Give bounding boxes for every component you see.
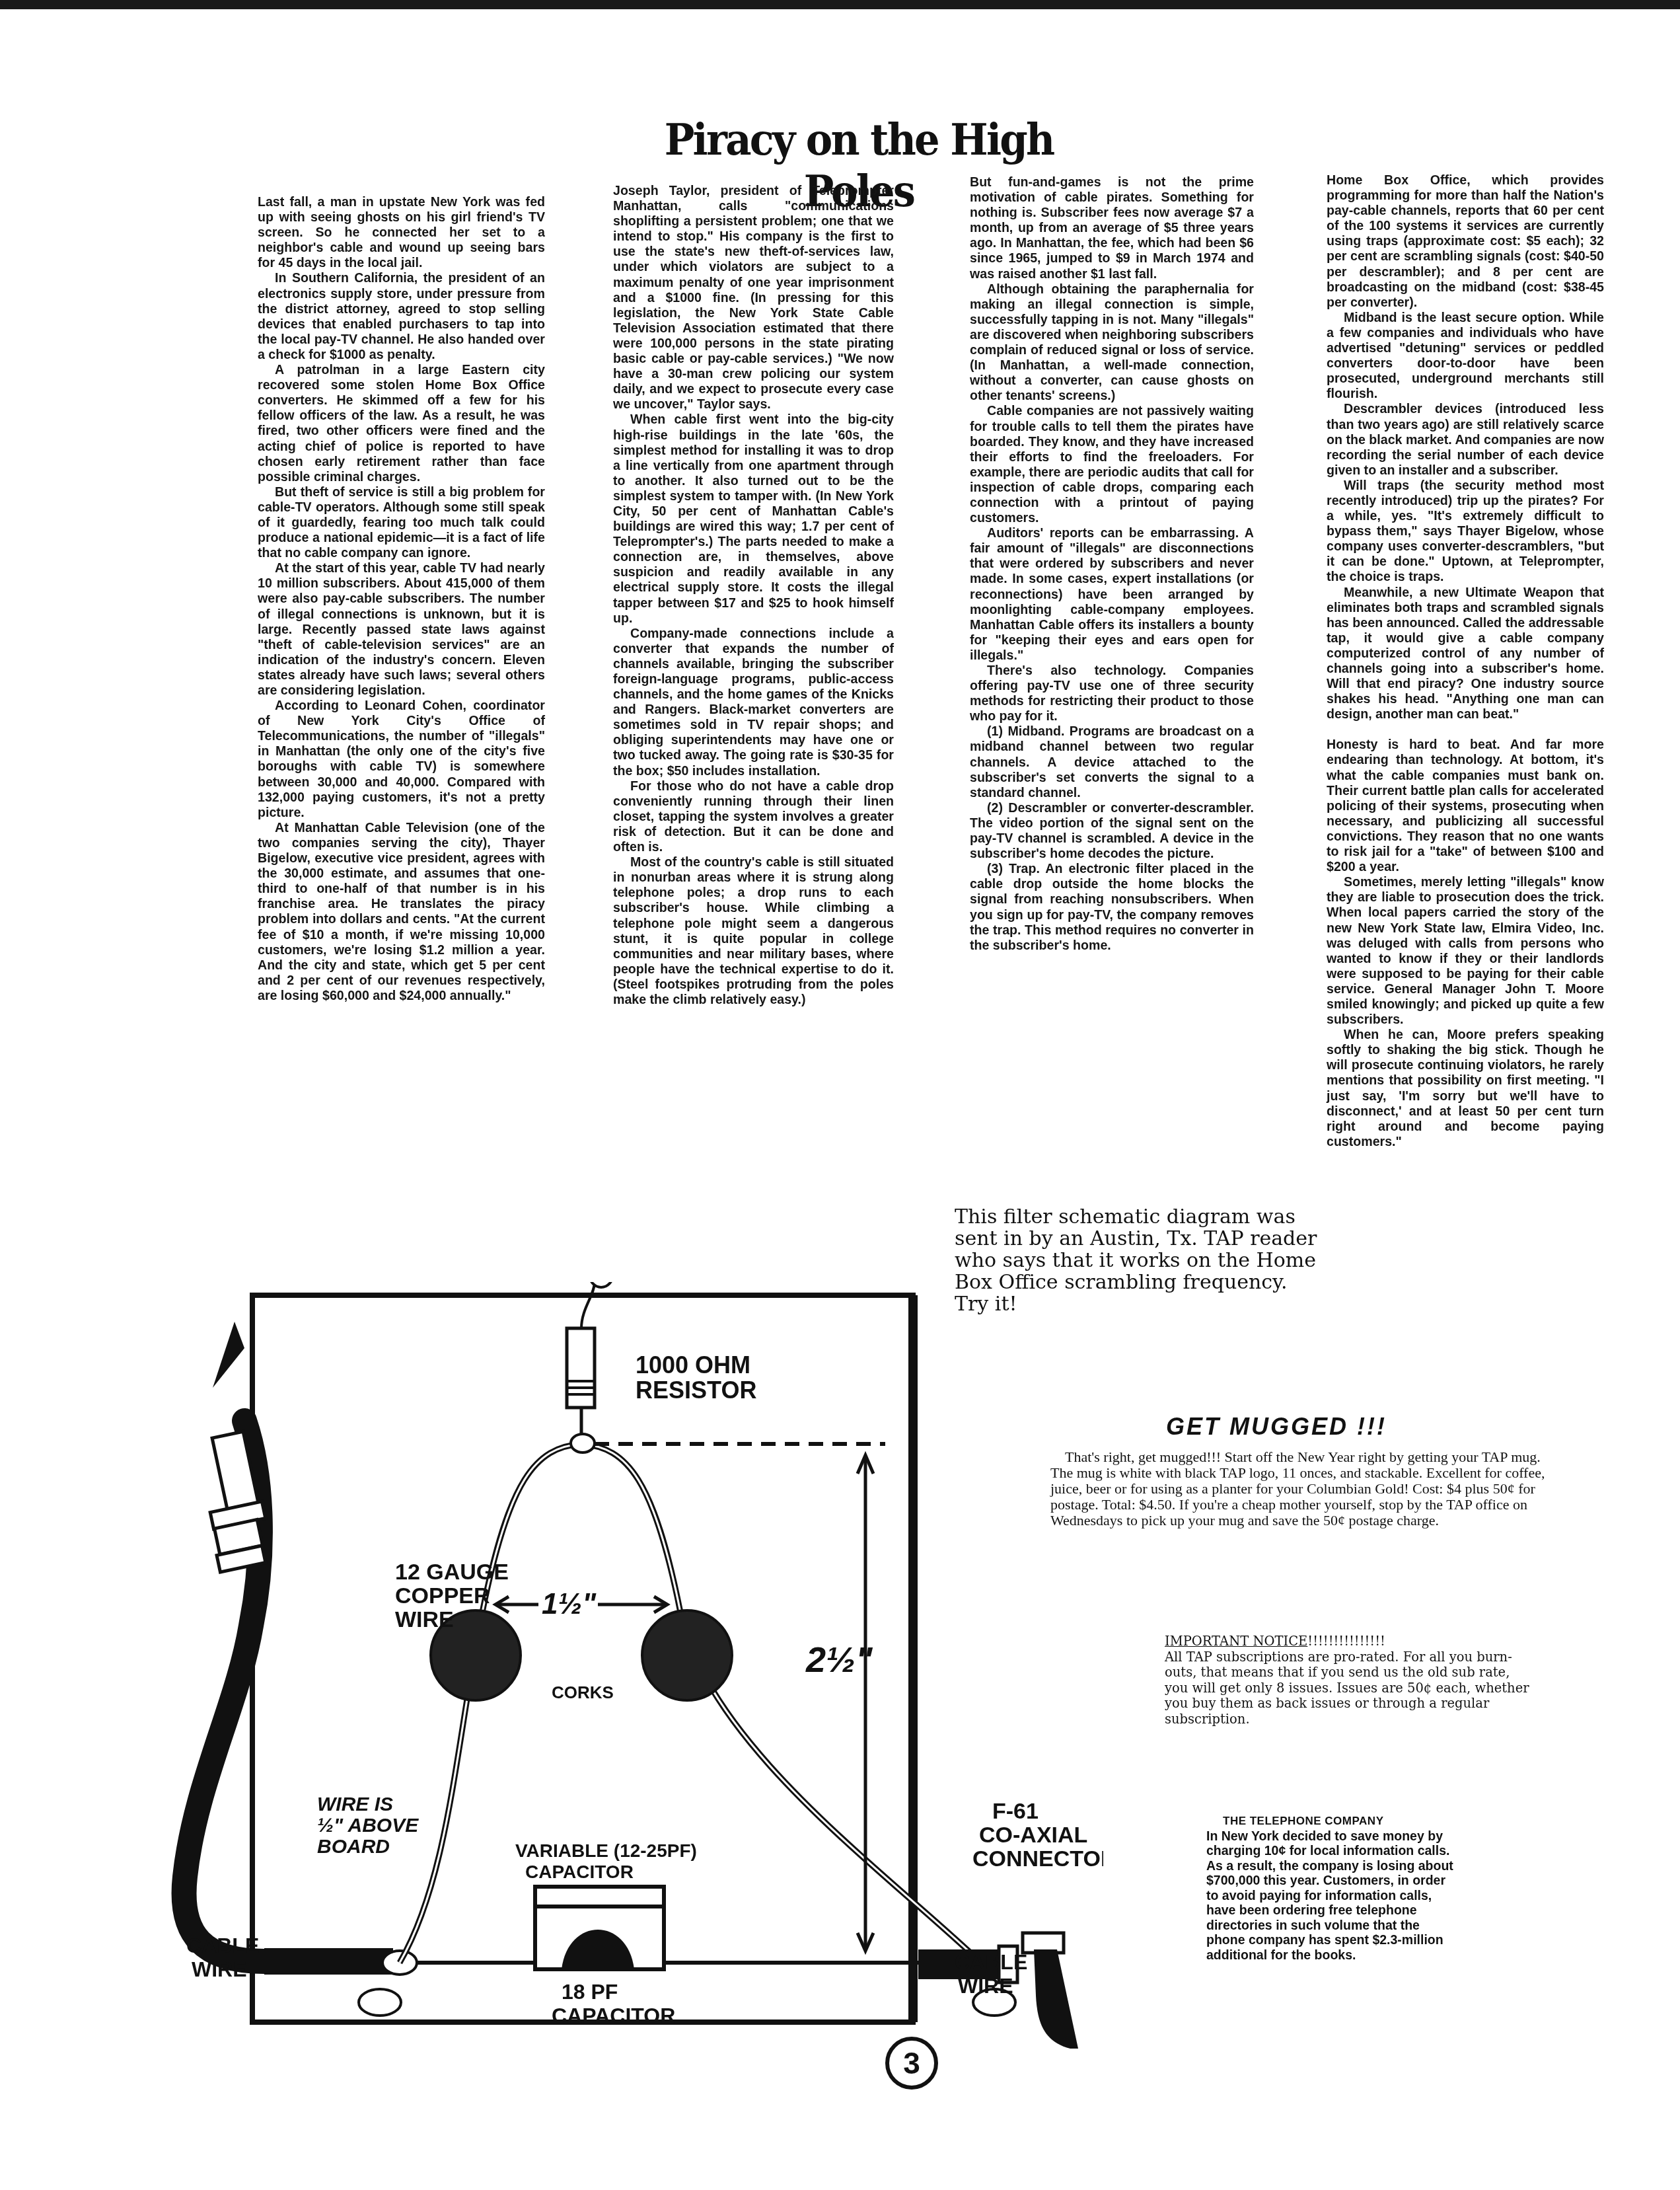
paragraph: But theft of service is still a big prob… [258,485,545,561]
label-connector: F-61CO-AXIALCONNECTOR [972,1799,1103,1871]
telco-body: In New York decided to save money by cha… [1206,1829,1453,1963]
label-wire-above: WIRE IS½" ABOVEBOARD [317,1794,419,1858]
paragraph: Although obtaining the paraphernalia for… [970,282,1254,404]
mug-ad-text: That's right, get mugged!!! Start off th… [1050,1449,1552,1529]
paragraph: Meanwhile, a new Ultimate Weapon that el… [1327,585,1604,723]
paragraph: A patrolman in a large Eastern city reco… [258,363,545,485]
paragraph: But fun-and-games is not the prime motiv… [970,175,1254,282]
paragraph: For those who do not have a cable drop c… [613,779,894,855]
label-resistor: 1000 OHMRESISTOR [636,1351,756,1404]
paragraph: In Southern California, the president of… [258,271,545,363]
paragraph: Last fall, a man in upstate New York was… [258,195,545,271]
telco-heading: THE TELEPHONE COMPANY [1206,1814,1457,1829]
paragraph: Cable companies are not passively waitin… [970,404,1254,526]
label-variable-capacitor: VARIABLE (12-25PF)CAPACITOR [515,1840,697,1882]
paragraph: Company-made connections include a conve… [613,626,894,779]
label-fixed-capacitor: 18 PFCAPACITOR [552,1980,675,2027]
article-column-1: Last fall, a man in upstate New York was… [258,195,545,1004]
article-column-3: But fun-and-games is not the prime motiv… [970,175,1254,954]
paragraph: Descrambler devices (introduced less tha… [1327,402,1604,478]
article-column-4: Home Box Office, which provides programm… [1327,173,1604,1150]
paragraph: At Manhattan Cable Television (one of th… [258,821,545,1004]
cork-right [642,1610,732,1700]
right-cable-wire [1034,1949,1078,2049]
paragraph: Midband is the least secure option. Whil… [1327,311,1604,402]
paragraph: Joseph Taylor, president of Teleprompter… [613,184,894,412]
paragraph: At the start of this year, cable TV had … [258,561,545,699]
notice-heading: IMPORTANT NOTICE [1165,1634,1307,1649]
paragraph: (2) Descrambler or converter-descrambler… [970,801,1254,862]
scan-top-border [0,0,1680,9]
paragraph: According to Leonard Cohen, coordinator … [258,699,545,821]
label-corks: CORKS [552,1682,614,1702]
page-number: 3 [885,2037,938,2090]
paragraph: Auditors' reports can be embarrassing. A… [970,526,1254,663]
telephone-company-item: THE TELEPHONE COMPANY In New York decide… [1206,1814,1457,1963]
paragraph: (3) Trap. An electronic filter placed in… [970,862,1254,954]
paragraph: There's also technology. Companies offer… [970,663,1254,724]
paragraph: When cable first went into the big-city … [613,412,894,626]
paragraph: When he can, Moore prefers speaking soft… [1327,1028,1604,1150]
mug-ad-title: GET MUGGED !!! [1166,1413,1387,1441]
paragraph: (1) Midband. Programs are broadcast on a… [970,724,1254,800]
subscription-notice: IMPORTANT NOTICE!!!!!!!!!!!!!!! All TAP … [1165,1634,1535,1727]
filter-schematic-diagram: 1000 OHMRESISTOR 12 GAUGECOPPERWIRE 1½" … [165,1282,1103,2049]
notice-body: All TAP subscriptions are pro-rated. For… [1165,1649,1529,1727]
paragraph: Honesty is hard to beat. And far more en… [1327,737,1604,875]
paragraph: Sometimes, merely letting "illegals" kno… [1327,875,1604,1028]
notice-exclaims: !!!!!!!!!!!!!!! [1307,1634,1385,1649]
paragraph: Home Box Office, which provides programm… [1327,173,1604,311]
label-width: 1½" [542,1588,597,1620]
paragraph: Most of the country's cable is still sit… [613,855,894,1008]
mug-ad-body: That's right, get mugged!!! Start off th… [1050,1449,1552,1529]
article-column-2: Joseph Taylor, president of Teleprompter… [613,184,894,1008]
label-height: 2½" [805,1640,873,1680]
paragraph: Will traps (the security method most rec… [1327,478,1604,585]
